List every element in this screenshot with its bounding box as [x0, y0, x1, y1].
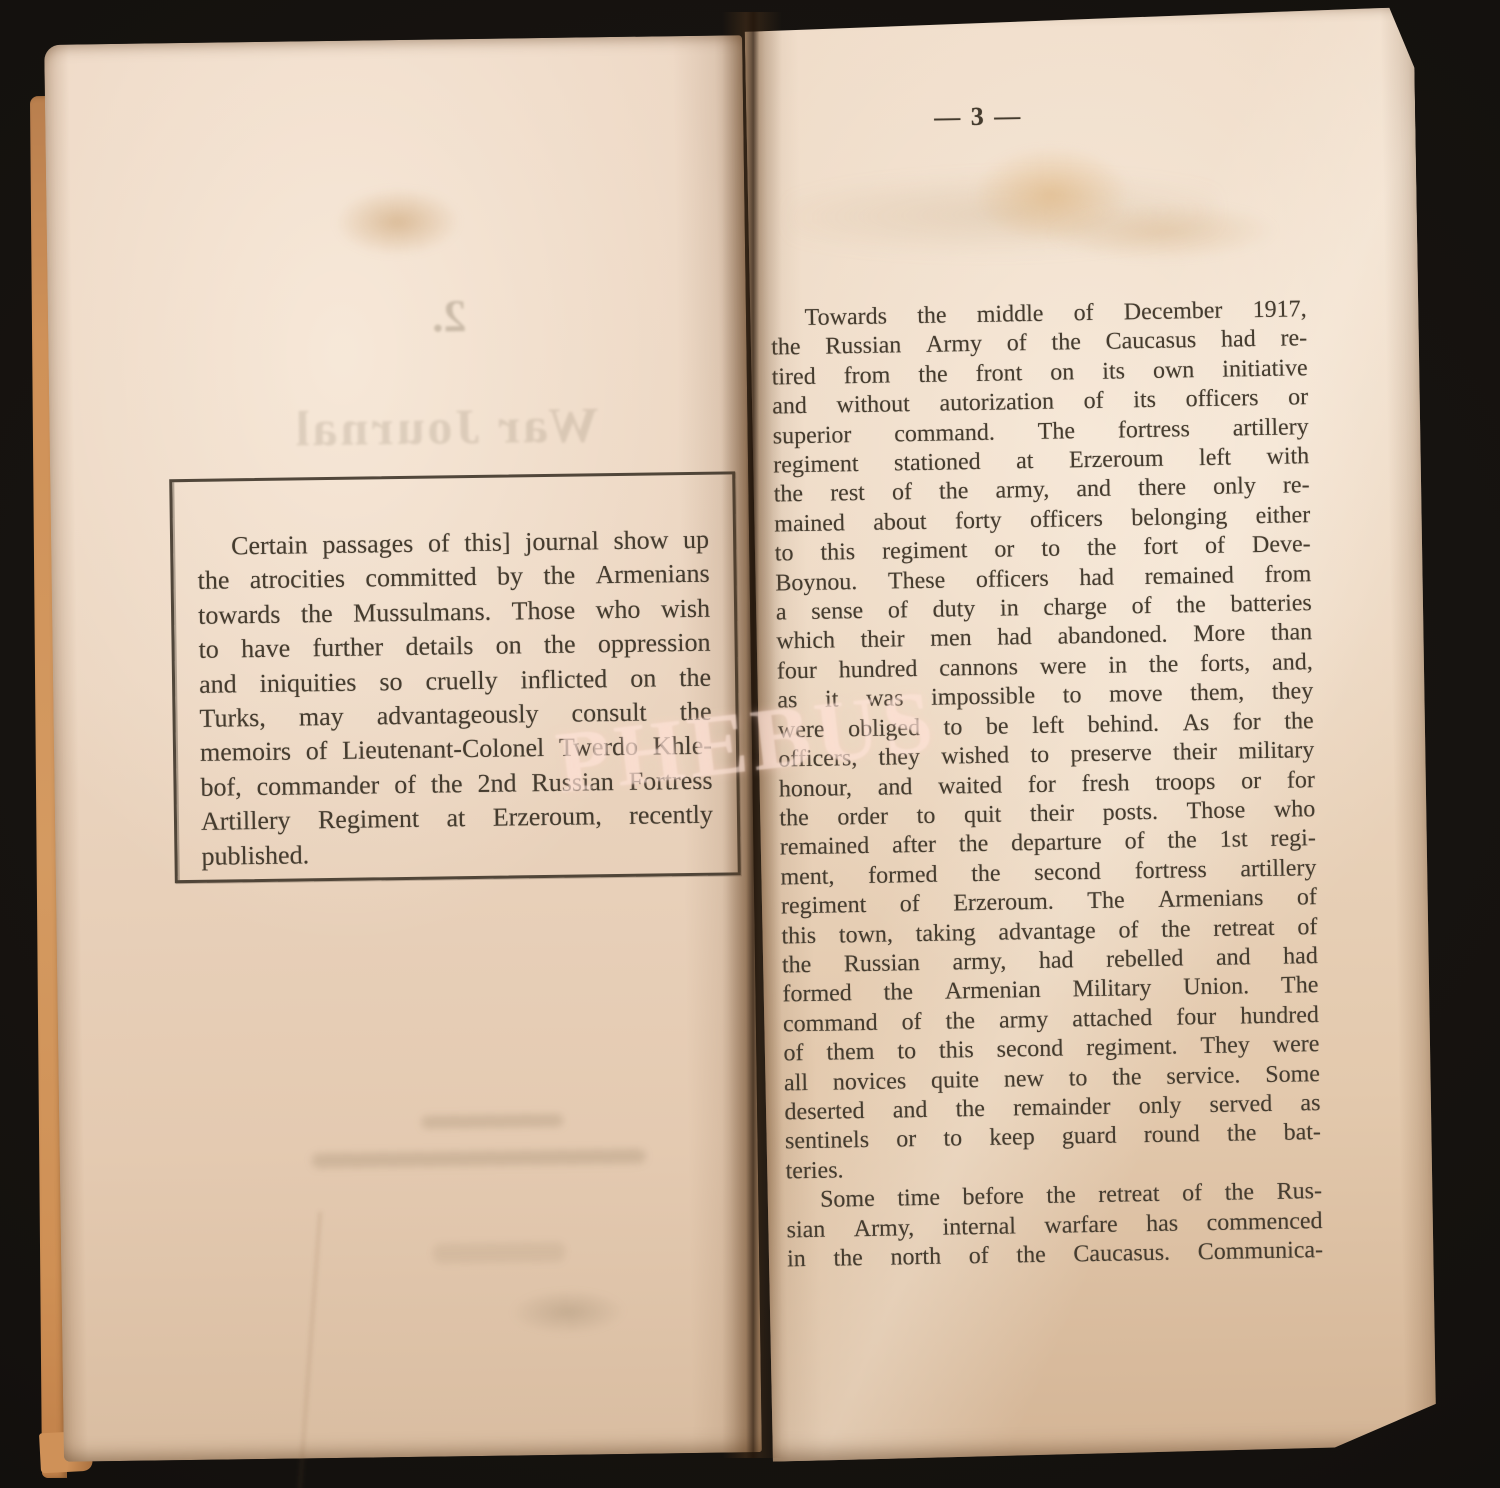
bleedthrough-section-number: 2.	[432, 289, 467, 342]
paper-stain	[334, 187, 461, 257]
bleedthrough-ornament	[510, 1288, 627, 1336]
notice-box: Certainpassagesofthis]journalshowuptheat…	[169, 471, 741, 883]
right-page: — 3 — TowardsthemiddleofDecember1917,the…	[744, 7, 1438, 1461]
bleedthrough-line	[312, 1149, 646, 1169]
bleedthrough-line	[421, 1114, 563, 1129]
notice-text: Certainpassagesofthis]journalshowuptheat…	[197, 523, 714, 874]
bleedthrough-smudge	[433, 1242, 565, 1264]
open-book-photo: 2. War Journal Certainpassagesofthis]jou…	[0, 0, 1500, 1488]
paragraph: SometimebeforetheretreatoftheRus-sianArm…	[786, 1177, 1323, 1275]
left-page: 2. War Journal Certainpassagesofthis]jou…	[44, 35, 762, 1462]
paragraph: TowardsthemiddleofDecember1917,theRussia…	[770, 295, 1321, 1186]
bleedthrough-title: War Journal	[249, 395, 642, 458]
paper-crease	[298, 1212, 321, 1488]
page-number: — 3 —	[746, 98, 1210, 136]
page-text-column: TowardsthemiddleofDecember1917,theRussia…	[770, 295, 1323, 1275]
